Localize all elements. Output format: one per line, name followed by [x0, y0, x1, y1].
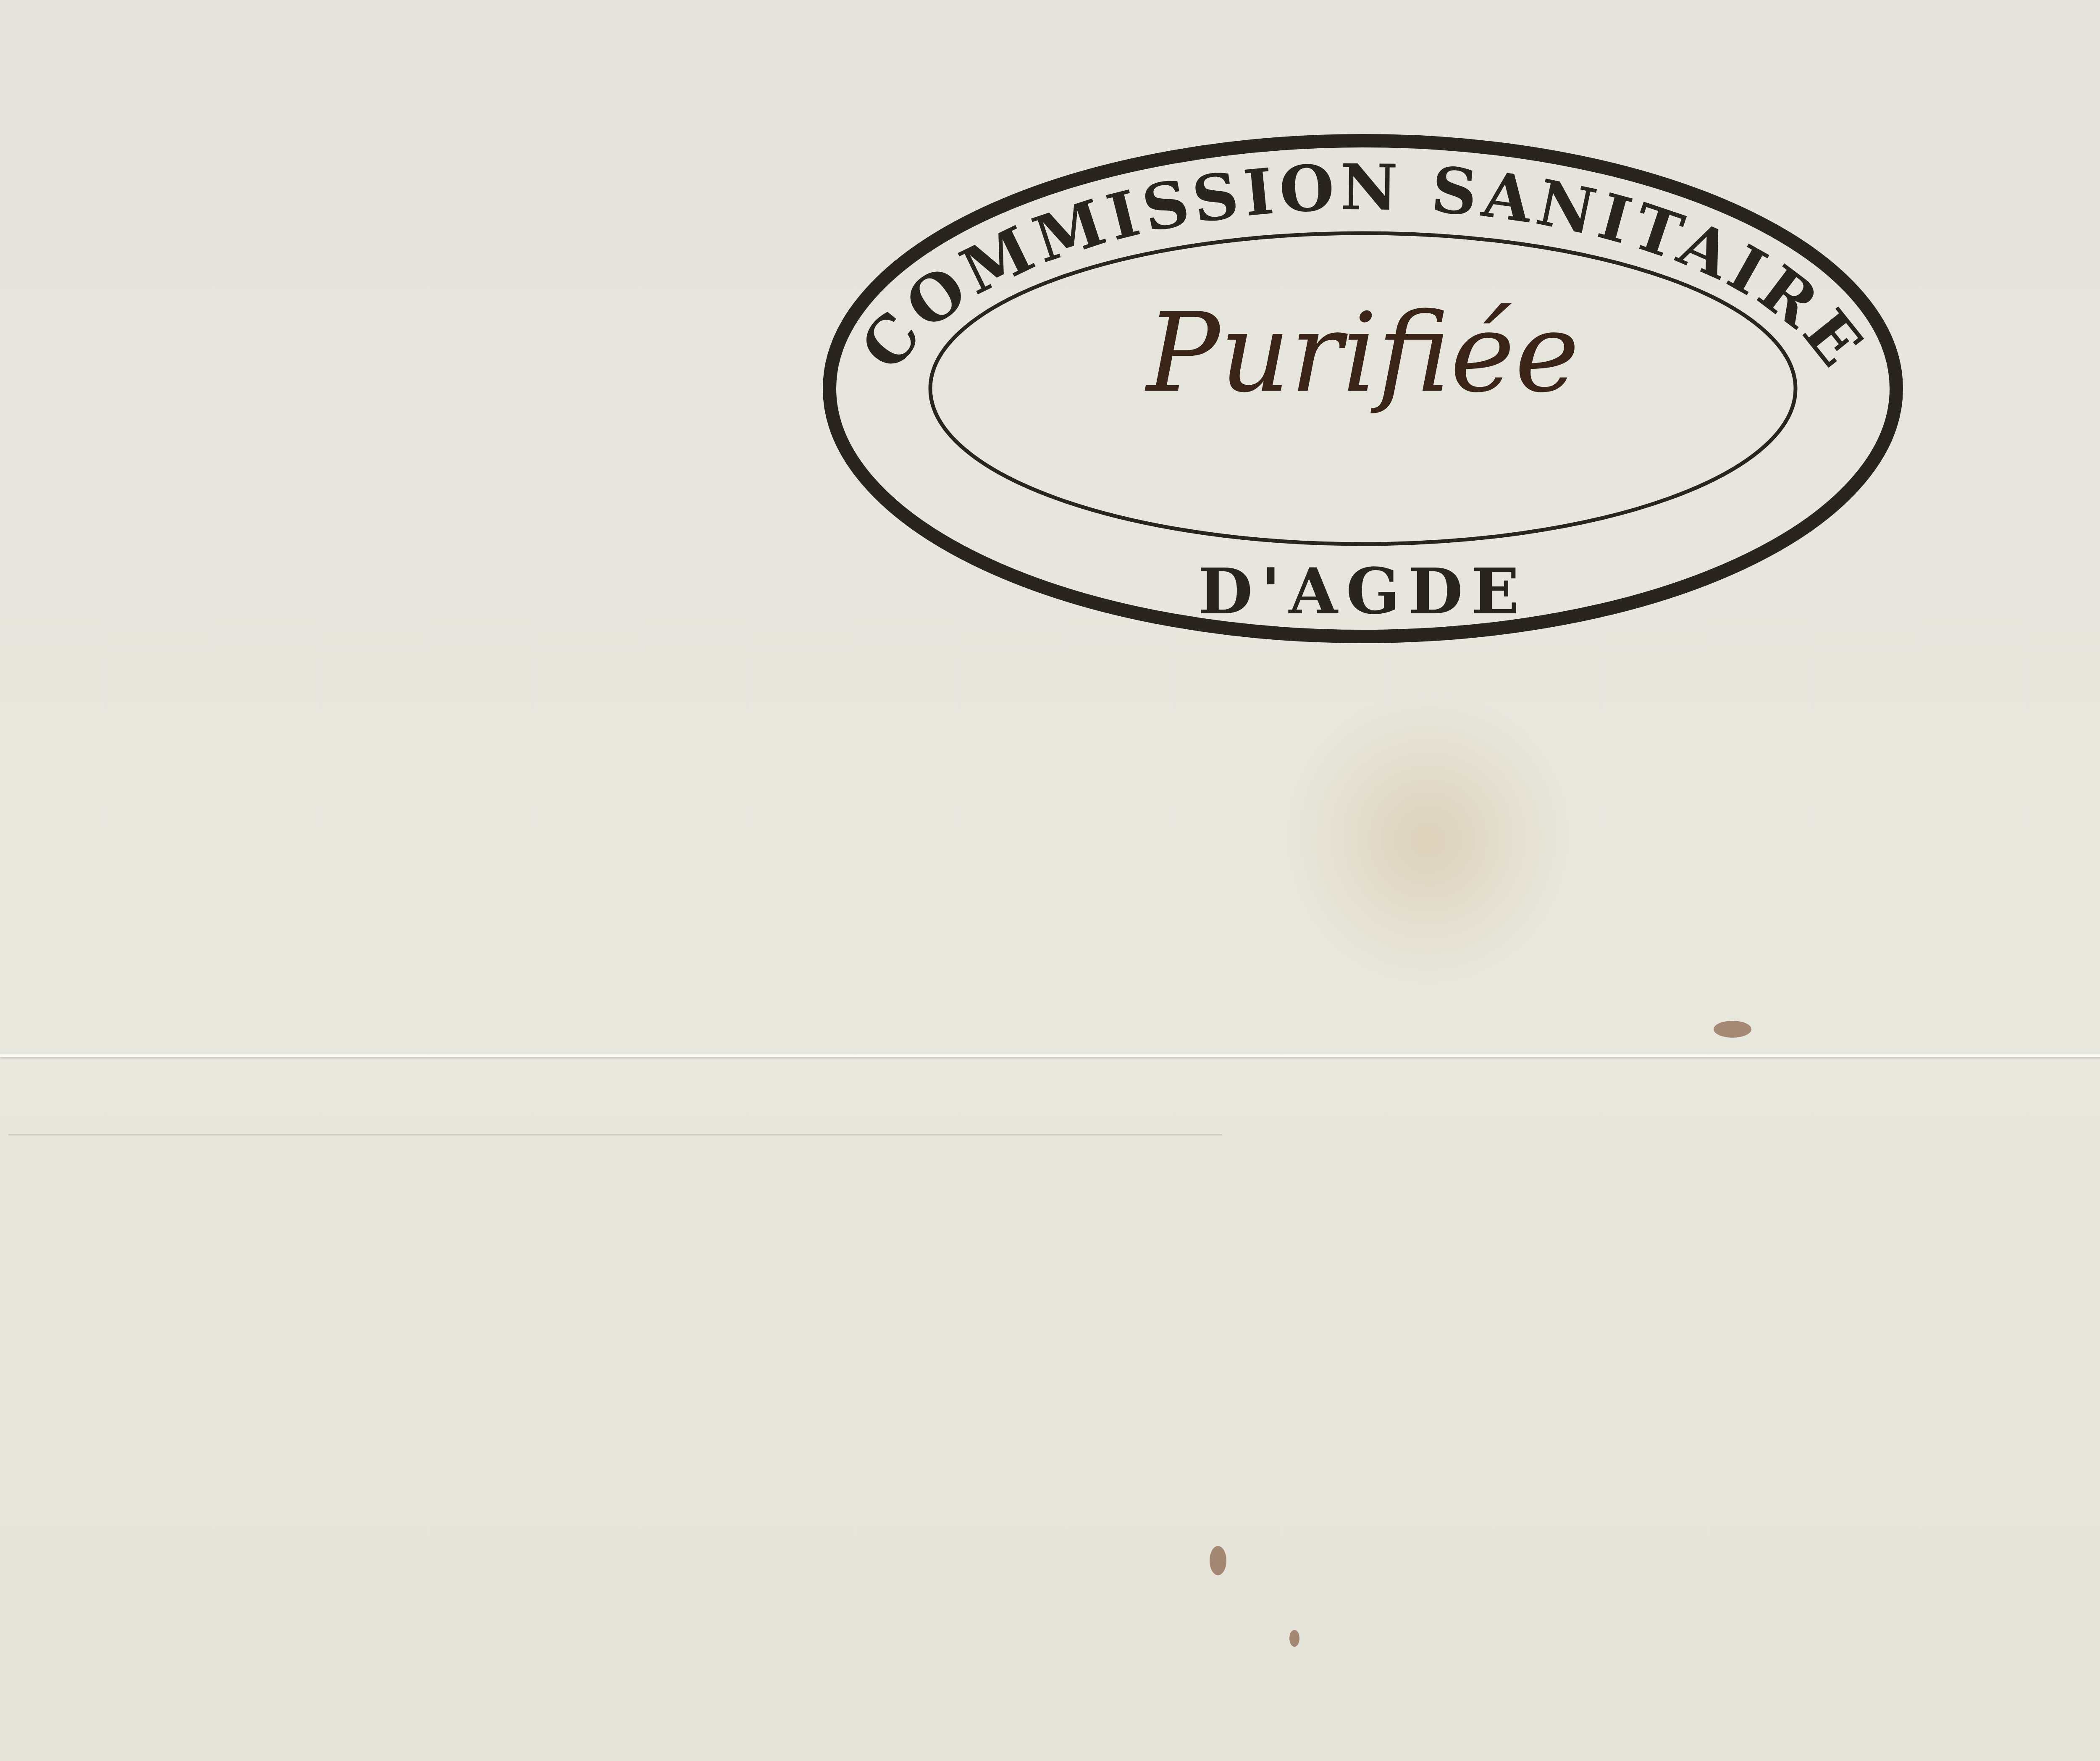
handwritten-purifiee: Purifiée [1144, 290, 1579, 417]
stain [1289, 1630, 1299, 1647]
stamp-bottom-text: D'AGDE [1198, 555, 1528, 628]
fold-line [0, 1054, 2100, 1057]
stain [1714, 1021, 1751, 1038]
envelope-flap [8, 1059, 1222, 1135]
stain [1210, 1546, 1226, 1575]
sanitary-commission-stamp: COMMISSION SANITAIRE D'AGDE Purifiée [817, 130, 1909, 647]
